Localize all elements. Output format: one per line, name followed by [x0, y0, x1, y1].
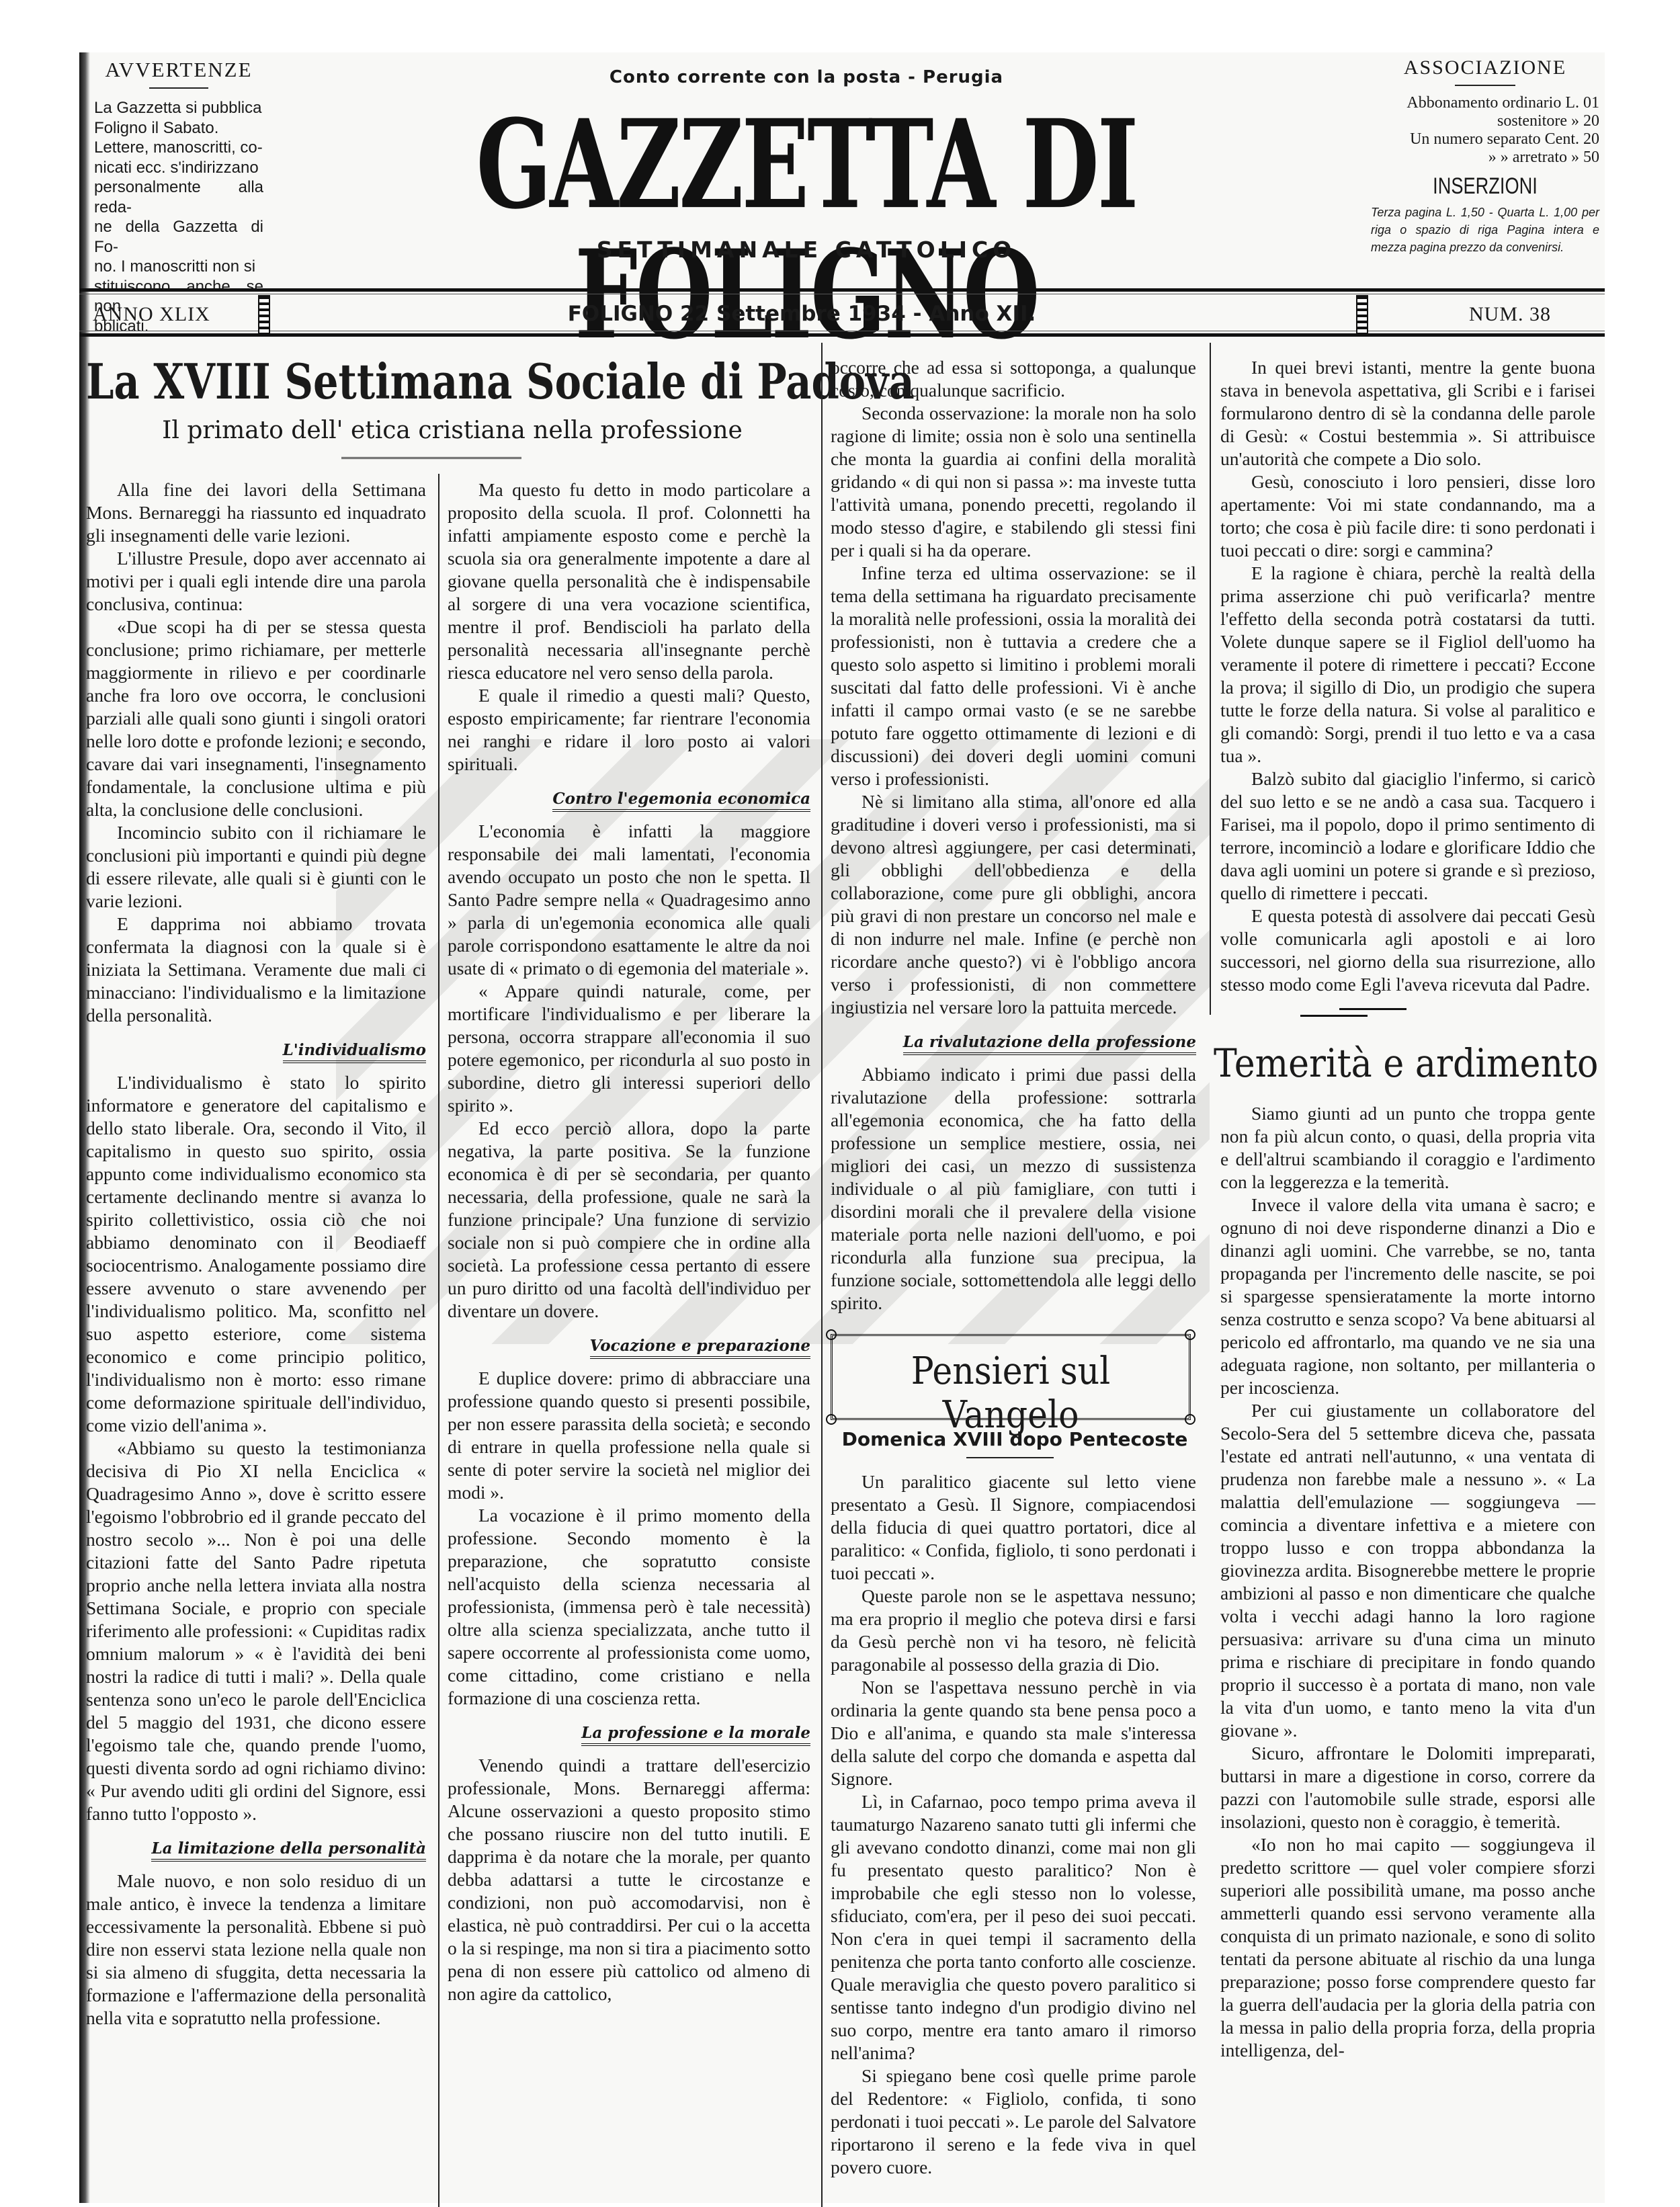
paragraph: Balzò subito dal giaciglio l'infermo, si… [1220, 767, 1595, 905]
paragraph: Venendo quindi a trattare dell'esercizio… [448, 1754, 810, 2005]
associazione-box: ASSOCIAZIONE Abbonamento ordinario L. 01… [1371, 56, 1599, 256]
paragraph: Ma questo fu detto in modo particolare a… [448, 478, 810, 684]
divider [1300, 1015, 1368, 1017]
newspaper-page: AVVERTENZE La Gazzetta si pubblica Folig… [0, 0, 1680, 2207]
paragraph: occorre che ad essa si sottoponga, a qua… [831, 356, 1196, 402]
associazione-title: ASSOCIAZIONE [1371, 56, 1599, 79]
avvertenze-line: personalmente alla reda- [94, 177, 263, 217]
avvertenze-line: nicati ecc. s'indirizzano [94, 158, 263, 178]
paragraph: Queste parole non se le aspettava nessun… [831, 1585, 1196, 1676]
ornament-icon [1356, 295, 1368, 335]
divider [1339, 1008, 1406, 1010]
column-1: Alla fine dei lavori della Settimana Mon… [86, 478, 426, 2030]
paragraph: Abbiamo indicato i primi due passi della… [831, 1063, 1196, 1315]
paragraph: E la ragione è chiara, perchè la realtà … [1220, 562, 1595, 767]
paragraph: Nè si limitano alla stima, all'onore ed … [831, 790, 1196, 1019]
column-rule [821, 343, 823, 2207]
corner-ornament-icon [1185, 1414, 1195, 1425]
price-row: sostenitore » 20 [1371, 112, 1599, 130]
article-headline: La XVIII Settimana Sociale di Padova [86, 355, 687, 409]
article-headline: Temerità e ardimento [1214, 1040, 1564, 1086]
conto-corrente: Conto corrente con la posta - Perugia [470, 67, 1142, 87]
rule [79, 333, 1605, 337]
avvertenze-line: Lettere, manoscritti, co- [94, 138, 263, 158]
price-row: » » arretrato » 50 [1371, 149, 1599, 167]
paragraph: Per cui giustamente un collaboratore del… [1220, 1399, 1595, 1742]
paragraph: «Due scopi ha di per se stessa questa co… [86, 616, 426, 821]
paragraph: In quei brevi istanti, mentre la gente b… [1220, 356, 1595, 470]
section-heading: L'individualismo [86, 1039, 426, 1062]
paragraph: Alla fine dei lavori della Settimana Mon… [86, 478, 426, 547]
column-3-vangelo: Un paralitico giacente sul letto viene p… [831, 1470, 1196, 2179]
anno-label: ANNO XLIX [93, 303, 210, 326]
column-4: In quei brevi istanti, mentre la gente b… [1220, 356, 1595, 996]
column-rule [1210, 343, 1211, 1015]
price-row: Un numero separato Cent. 20 [1371, 130, 1599, 149]
paragraph: L'illustre Presule, dopo aver accennato … [86, 547, 426, 616]
avvertenze-line: Foligno il Sabato. [94, 118, 263, 138]
paragraph: E quale il rimedio a questi mali? Questo… [448, 684, 810, 776]
section-heading: La professione e la morale [448, 1722, 810, 1745]
divider [341, 457, 521, 459]
pensieri-title-box: Pensieri sul Vangelo [831, 1334, 1191, 1420]
divider [1455, 85, 1515, 86]
section-heading: Vocazione e preparazione [448, 1335, 810, 1358]
rule [79, 288, 1605, 292]
divider [149, 87, 208, 89]
paragraph: L'economia è infatti la maggiore respons… [448, 820, 810, 980]
divider [966, 1457, 1054, 1458]
section-heading: Contro l'egemonia economica [448, 788, 810, 810]
corner-ornament-icon [826, 1329, 837, 1340]
avvertenze-line: no. I manoscritti non si [94, 257, 263, 277]
paragraph: Gesù, conosciuto i loro pensieri, disse … [1220, 470, 1595, 562]
paragraph: Incomincio subito con il richiamare le c… [86, 821, 426, 913]
paragraph: Sicuro, affrontare le Dolomiti imprepara… [1220, 1742, 1595, 1833]
rule [79, 331, 1605, 331]
paragraph: Lì, in Cafarnao, poco tempo prima aveva … [831, 1790, 1196, 2065]
rule [79, 294, 1605, 294]
masthead-subtitle: SETTIMANALE CATTOLICO [470, 237, 1142, 263]
paragraph: Invece il valore della vita umana è sacr… [1220, 1194, 1595, 1399]
paragraph: E duplice dovere: primo di abbracciare u… [448, 1367, 810, 1504]
price-row: Abbonamento ordinario L. 01 [1371, 94, 1599, 112]
issue-date: FOLIGNO 22 Settembre 1934 - Anno XII. [281, 302, 1322, 326]
paragraph: L'individualismo è stato lo spirito info… [86, 1071, 426, 1437]
avvertenze-title: AVVERTENZE [94, 58, 263, 82]
paragraph: Non se l'aspettava nessuno perchè in via… [831, 1676, 1196, 1790]
paragraph: E questa potestà di assolvere dai peccat… [1220, 905, 1595, 996]
paragraph: Ed ecco perciò allora, dopo la parte neg… [448, 1117, 810, 1323]
paragraph: La vocazione è il primo momento della pr… [448, 1504, 810, 1710]
paragraph: Male nuovo, e non solo residuo di un mal… [86, 1870, 426, 2030]
paragraph: « Appare quindi naturale, come, per mort… [448, 980, 810, 1117]
column-rule [438, 474, 439, 2207]
corner-ornament-icon [826, 1414, 837, 1425]
ornament-icon [258, 295, 270, 335]
inserzioni-text: Terza pagina L. 1,50 - Quarta L. 1,00 pe… [1371, 204, 1599, 256]
paragraph: Un paralitico giacente sul letto viene p… [831, 1470, 1196, 1585]
section-heading: La limitazione della personalità [86, 1837, 426, 1860]
paragraph: E dapprima noi abbiamo trovata confermat… [86, 913, 426, 1027]
inserzioni-title: INSERZIONI [1394, 173, 1577, 200]
column-4-temerita: Siamo giunti ad un punto che troppa gent… [1220, 1102, 1595, 2062]
issue-number: NUM. 38 [1469, 303, 1551, 326]
column-3: occorre che ad essa si sottoponga, a qua… [831, 356, 1196, 1315]
paragraph: Infine terza ed ultima osservazione: se … [831, 562, 1196, 790]
article-subheadline: Domenica XVIII dopo Pentecoste [827, 1428, 1203, 1450]
corner-ornament-icon [1185, 1329, 1195, 1340]
paragraph: «Abbiamo su questo la testimonianza deci… [86, 1437, 426, 1825]
article-subheadline: Il primato dell' etica cristiana nella p… [86, 417, 818, 444]
avvertenze-line: La Gazzetta si pubblica [94, 98, 263, 118]
paragraph: Si spiegano bene così quelle prime parol… [831, 2065, 1196, 2179]
article-headline: Pensieri sul Vangelo [851, 1349, 1171, 1437]
section-heading: La rivalutazione della professione [831, 1031, 1196, 1054]
paragraph: Siamo giunti ad un punto che troppa gent… [1220, 1102, 1595, 1194]
avvertenze-line: ne della Gazzetta di Fo- [94, 217, 263, 257]
paragraph: Seconda osservazione: la morale non ha s… [831, 402, 1196, 562]
paragraph: «Io non ho mai capito — soggiungeva il p… [1220, 1833, 1595, 2062]
date-bar: ANNO XLIX FOLIGNO 22 Settembre 1934 - An… [79, 286, 1605, 339]
column-2: Ma questo fu detto in modo particolare a… [448, 478, 810, 2005]
